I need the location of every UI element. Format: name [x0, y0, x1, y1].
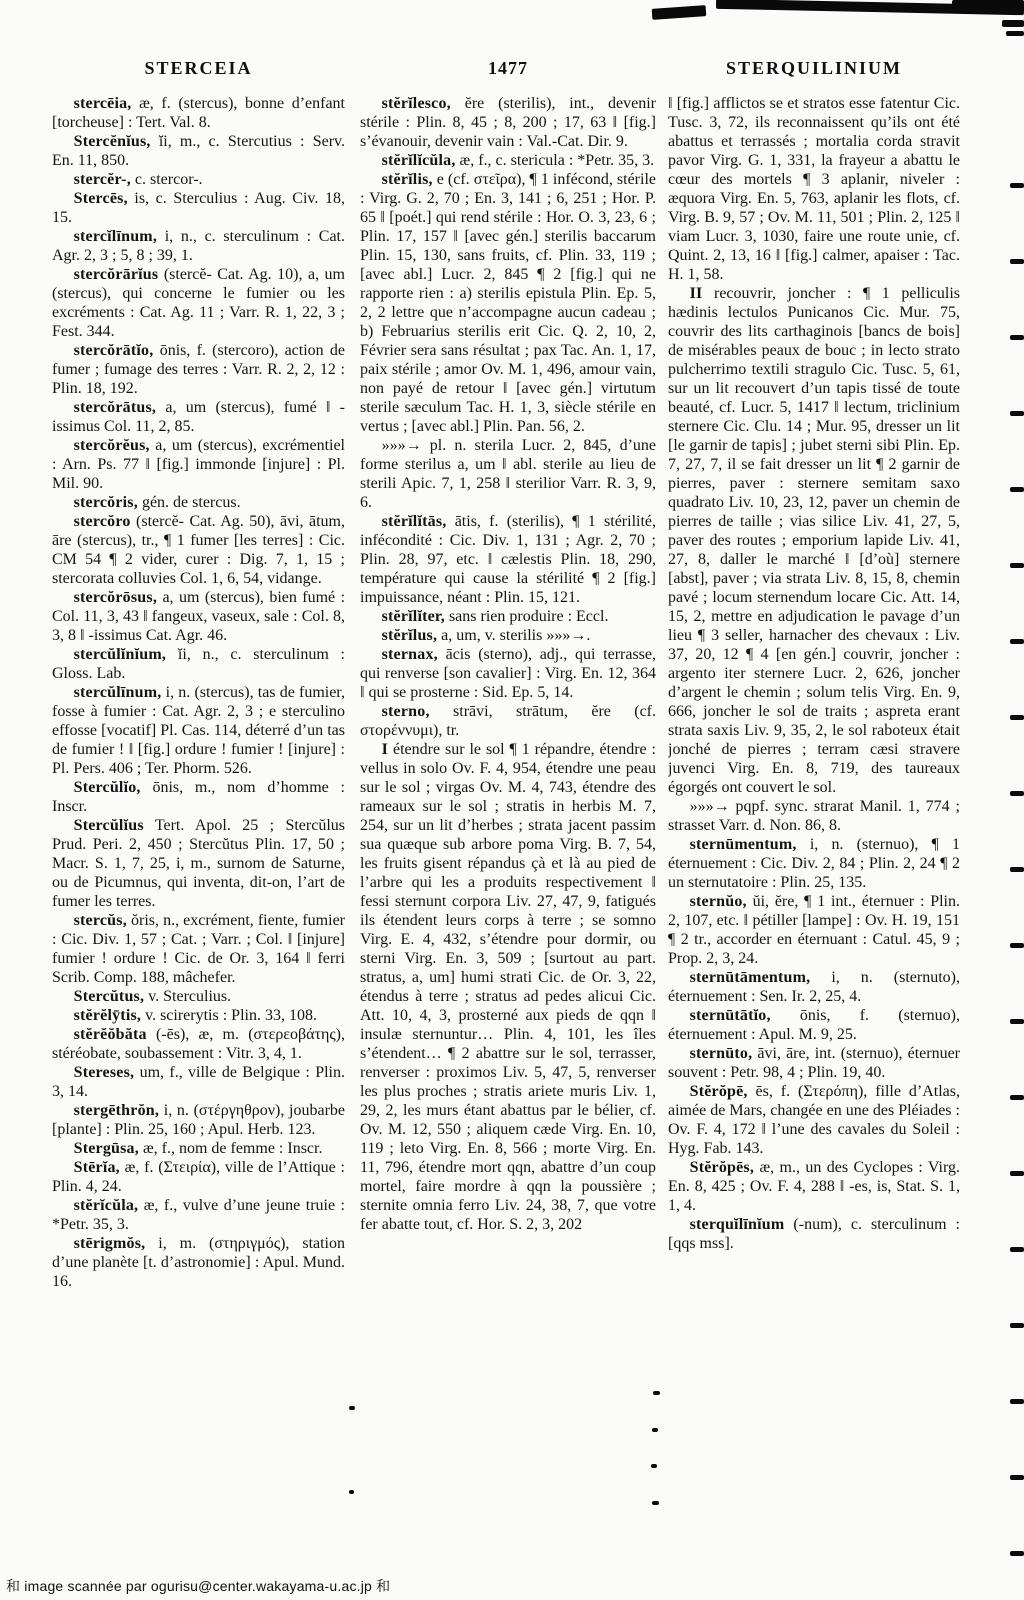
scan-artifact-mark — [1010, 1247, 1024, 1252]
scan-artifact-mark — [1010, 715, 1024, 720]
entry-headword: stĕrĭlĭcŭla, — [382, 152, 456, 169]
entry-headword: Stercŭlĭus — [74, 817, 144, 834]
column-right: ‖ [fig.] afflictos se et stratos esse fa… — [668, 94, 960, 1564]
dictionary-entry: Stergūsa, æ, f., nom de femme : Inscr. — [52, 1139, 345, 1158]
dictionary-entry: stĕrĭlesco, ĕre (sterilis), int., deveni… — [360, 94, 656, 151]
entry-headword: stergēthrŏn, — [74, 1102, 160, 1119]
scan-artifact-mark — [1010, 183, 1024, 188]
entry-headword: Stĕrŏpē, — [690, 1083, 748, 1100]
entry-headword: stercŏrĕus, — [74, 437, 150, 454]
scan-artifact-mark — [349, 1490, 354, 1494]
entry-headword: stercĕr-, — [74, 171, 131, 188]
entry-headword: stercĭlīnum, — [74, 228, 157, 245]
dictionary-entry: stercŏro (stercĕ- Cat. Ag. 50), āvi, ātu… — [52, 512, 345, 588]
entry-headword: stĕrĭlĭtās, — [382, 513, 447, 530]
scan-artifact-mark — [1010, 791, 1024, 796]
dictionary-entry: Stērĭa, æ, f. (Στειρία), ville de l’Atti… — [52, 1158, 345, 1196]
entry-headword: sternūto, — [690, 1045, 753, 1062]
dictionary-entry: »»»→ pqpf. sync. strarat Manil. 1, 774 ;… — [668, 797, 960, 835]
dictionary-entry: Stercŭlĭo, ōnis, m., nom d’homme : Inscr… — [52, 778, 345, 816]
entry-headword: sternūmentum, — [690, 836, 797, 853]
dictionary-page: STERCEIA 1477 STERQUILINIUM stercēia, æ,… — [0, 0, 1024, 1600]
scan-artifact-mark — [1010, 867, 1024, 872]
entry-headword: Stergūsa, — [74, 1140, 139, 1157]
entry-headword: stĕrĭlĭter, — [382, 608, 445, 625]
entry-headword: stercŏrārĭus — [74, 266, 159, 283]
scan-artifact-mark — [349, 1406, 355, 1410]
entry-headword: stĕrĭlus, — [382, 627, 438, 644]
dictionary-entry: Stĕrŏpē, ēs, f. (Στερόπη), fille d’Atlas… — [668, 1082, 960, 1158]
scan-credit: 和 image scannée par ogurisu@center.wakay… — [6, 1576, 390, 1596]
running-head-left: STERCEIA — [52, 58, 345, 82]
scan-artifact-mark — [1010, 1399, 1024, 1404]
dictionary-entry: Stereses, um, f., ville de Belgique : Pl… — [52, 1063, 345, 1101]
scan-artifact-mark — [1010, 1019, 1024, 1024]
entry-headword: stērigmŏs, — [74, 1235, 146, 1252]
dictionary-entry: stĕrĕlȳtis, v. scirerytis : Plin. 33, 10… — [52, 1006, 345, 1025]
dictionary-entry: stĕrĭcŭla, æ, f., vulve d’une jeune trui… — [52, 1196, 345, 1234]
scan-artifact-mark — [1010, 943, 1024, 948]
entry-headword: sternūtāmentum, — [690, 969, 811, 986]
dictionary-entry: sterquĭlīnĭum (-num), c. sterculinum : [… — [668, 1215, 960, 1253]
dictionary-entry: stercŭs, ŏris, n., excrément, fiente, fu… — [52, 911, 345, 987]
dictionary-entry: II recouvrir, joncher : ¶ 1 pelliculis h… — [668, 284, 960, 797]
dictionary-entry: stercŭlĭnĭum, ĭi, n., c. sterculinum : G… — [52, 645, 345, 683]
entry-headword: stĕrĭcŭla, — [74, 1197, 139, 1214]
scan-artifact-mark — [1010, 411, 1024, 416]
dictionary-entry: stĕrĭlĭcŭla, æ, f., c. stericula : *Petr… — [360, 151, 656, 170]
dictionary-entry: stĕrĕŏbăta (-ēs), æ, m. (στερεοβάτης), s… — [52, 1025, 345, 1063]
scan-artifact-mark — [1002, 20, 1024, 27]
scan-artifact-mark — [653, 1391, 660, 1395]
dictionary-entry: stercĭlīnum, i, n., c. sterculinum : Cat… — [52, 227, 345, 265]
entry-headword: stercŏrātĭo, — [74, 342, 154, 359]
dictionary-entry: sternŭo, ŭi, ĕre, ¶ 1 int., éternuer : P… — [668, 892, 960, 968]
dictionary-entry: Stercŭtus, v. Sterculius. — [52, 987, 345, 1006]
entry-headword: stercŏris, — [74, 494, 138, 511]
scan-artifact-mark — [1010, 1095, 1024, 1100]
dictionary-entry: Stercŭlĭus Tert. Apol. 25 ; Stercŭlus Pr… — [52, 816, 345, 911]
dictionary-entry: sternūtāmentum, i, n. (sternuto), éternu… — [668, 968, 960, 1006]
entry-headword: stĕrĕŏbăta — [74, 1026, 147, 1043]
scan-artifact-mark — [1010, 487, 1024, 492]
entry-headword: stercŏrōsus, — [74, 589, 157, 606]
scan-artifact-mark — [651, 1464, 657, 1468]
scan-artifact-mark — [1010, 335, 1024, 340]
dictionary-entry: sternūmentum, i, n. (sternuo), ¶ 1 étern… — [668, 835, 960, 892]
entry-headword: sterno, — [382, 703, 430, 720]
entry-headword: sternŭo, — [690, 893, 747, 910]
dictionary-entry: stĕrĭlĭtās, ātis, f. (sterilis), ¶ 1 sté… — [360, 512, 656, 607]
dictionary-entry: stercŭlīnum, i, n. (stercus), tas de fum… — [52, 683, 345, 778]
column-middle: stĕrĭlesco, ĕre (sterilis), int., deveni… — [360, 94, 656, 1564]
entry-headword: Stercēs, — [74, 190, 128, 207]
dictionary-entry: sterno, strāvi, strātum, ĕre (cf. στορέν… — [360, 702, 656, 740]
entry-headword: stercēia, — [74, 95, 132, 112]
entry-headword: Stercŭlĭo, — [74, 779, 141, 796]
entry-headword: Stercĕnĭus, — [74, 133, 151, 150]
entry-headword: stercŏrātus, — [74, 399, 157, 416]
entry-headword: stercŭlīnum, — [74, 684, 162, 701]
dictionary-entry: stĕrĭlis, e (cf. στεῖρα), ¶ 1 infécond, … — [360, 170, 656, 436]
entry-headword: Stĕrŏpēs, — [690, 1159, 754, 1176]
scan-artifact-mark — [1006, 31, 1024, 36]
dictionary-entry: stercŏrārĭus (stercĕ- Cat. Ag. 10), a, u… — [52, 265, 345, 341]
dictionary-entry: Stercĕnĭus, ĭi, m., c. Stercutius : Serv… — [52, 132, 345, 170]
entry-headword: sterquĭlīnĭum — [690, 1216, 785, 1233]
entry-headword: I — [382, 741, 388, 758]
scan-artifact-mark — [952, 0, 1024, 13]
dictionary-entry: stērigmŏs, i, m. (στηριγμός), station d’… — [52, 1234, 345, 1291]
dictionary-entry: »»»→ pl. n. sterila Lucr. 2, 845, d’une … — [360, 436, 656, 512]
dictionary-entry: stĕrĭlus, a, um, v. sterilis »»»→. — [360, 626, 656, 645]
dictionary-entry: stĕrĭlĭter, sans rien produire : Eccl. — [360, 607, 656, 626]
scan-artifact-mark — [1010, 639, 1024, 644]
dictionary-entry: Stĕrŏpēs, æ, m., un des Cyclopes : Virg.… — [668, 1158, 960, 1215]
dictionary-entry: stercĕr-, c. stercor-. — [52, 170, 345, 189]
running-head-right: STERQUILINIUM — [668, 58, 960, 82]
page-number: 1477 — [360, 58, 656, 82]
entry-headword: II — [690, 285, 703, 302]
scan-artifact-mark — [1010, 563, 1024, 568]
scan-artifact-mark — [652, 5, 707, 20]
dictionary-entry: stercēia, æ, f. (stercus), bonne d’enfan… — [52, 94, 345, 132]
scan-artifact-mark — [1010, 1475, 1024, 1480]
column-left: stercēia, æ, f. (stercus), bonne d’enfan… — [52, 94, 345, 1564]
dictionary-entry: sternax, ācis (sterno), adj., qui terras… — [360, 645, 656, 702]
dictionary-entry: stercŏris, gén. de stercus. — [52, 493, 345, 512]
entry-headword: Stērĭa, — [74, 1159, 120, 1176]
scan-artifact-mark — [652, 1428, 658, 1432]
entry-headword: stĕrĭlesco, — [382, 95, 451, 112]
scan-artifact-mark — [652, 1501, 659, 1505]
scan-artifact-mark — [1010, 1551, 1024, 1556]
entry-headword: Stercŭtus, — [74, 988, 145, 1005]
entry-headword: stercŭlĭnĭum, — [74, 646, 167, 663]
dictionary-entry: ‖ [fig.] afflictos se et stratos esse fa… — [668, 94, 960, 284]
entry-headword: stercŭs, — [74, 912, 127, 929]
dictionary-entry: stercŏrātus, a, um (stercus), fumé ‖ -is… — [52, 398, 345, 436]
dictionary-entry: Stercēs, is, c. Sterculius : Aug. Civ. 1… — [52, 189, 345, 227]
dictionary-entry: stercŏrōsus, a, um (stercus), bien fumé … — [52, 588, 345, 645]
entry-headword: stĕrĕlȳtis, — [74, 1007, 142, 1024]
dictionary-entry: stercŏrātĭo, ōnis, f. (stercoro), action… — [52, 341, 345, 398]
dictionary-entry: I étendre sur le sol ¶ 1 répandre, étend… — [360, 740, 656, 1234]
entry-headword: sternax, — [382, 646, 438, 663]
scan-artifact-mark — [1010, 259, 1024, 264]
entry-headword: sternūtātĭo, — [690, 1007, 771, 1024]
entry-headword: stercŏro — [74, 513, 131, 530]
dictionary-entry: sternūtātĭo, ōnis, f. (sternuo), éternue… — [668, 1006, 960, 1044]
dictionary-entry: sternūto, āvi, āre, int. (sternuo), éter… — [668, 1044, 960, 1082]
dictionary-entry: stercŏrĕus, a, um (stercus), excrémentie… — [52, 436, 345, 493]
scan-artifact-mark — [1010, 1323, 1024, 1328]
entry-headword: stĕrĭlis, — [382, 171, 433, 188]
scan-artifact-mark — [1010, 1171, 1024, 1176]
dictionary-entry: stergēthrŏn, i, n. (στέργηθρον), joubarb… — [52, 1101, 345, 1139]
entry-headword: Stereses, — [74, 1064, 135, 1081]
